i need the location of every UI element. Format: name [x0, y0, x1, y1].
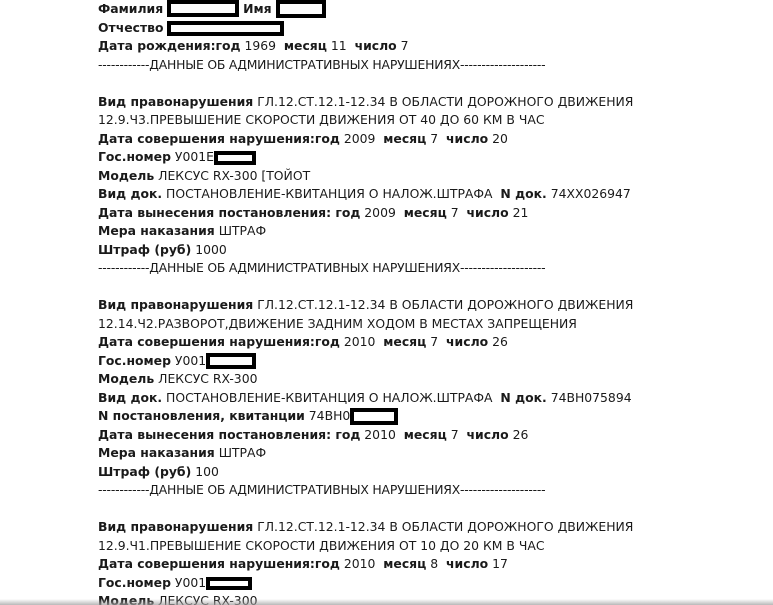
violation-month: 8 — [430, 556, 438, 571]
name-label: Имя — [243, 1, 271, 16]
model-label: Модель — [98, 168, 154, 183]
resolution-year: 2009 — [364, 205, 396, 220]
resolution-day: 26 — [513, 427, 529, 442]
resolution-month: 7 — [451, 427, 459, 442]
fine-value: 100 — [195, 464, 219, 479]
resolution-month-label: месяц — [404, 427, 447, 442]
violation-month-label: месяц — [383, 556, 426, 571]
resolution-year: 2010 — [364, 427, 396, 442]
plate-value: У001 — [175, 575, 206, 590]
penalty-label: Мера наказания — [98, 223, 215, 238]
birth-label: Дата рождения:год — [98, 38, 241, 53]
birth-day-label: число — [355, 38, 397, 53]
plate-label: Гос.номер — [98, 353, 171, 368]
plate-label: Гос.номер — [98, 149, 171, 164]
violation-day-label: число — [446, 334, 488, 349]
resolution-month: 7 — [451, 205, 459, 220]
section-separator: ------------ДАННЫЕ ОБ АДМИНИСТРАТИВНЫХ Н… — [98, 259, 758, 278]
resolution-no-value: 74BH0 — [309, 408, 350, 423]
resolution-day: 21 — [513, 205, 529, 220]
violation-year: 2010 — [344, 556, 376, 571]
patronymic-line: Отчество — [98, 19, 758, 38]
violation-record: Вид правонарушения ГЛ.12.СТ.12.1-12.34 В… — [98, 518, 758, 605]
penalty-label: Мера наказания — [98, 445, 215, 460]
violation-type-value: ГЛ.12.СТ.12.1-12.34 В ОБЛАСТИ ДОРОЖНОГО … — [257, 94, 633, 109]
doc-type-value: ПОСТАНОВЛЕНИЕ-КВИТАНЦИЯ О НАЛОЖ.ШТРАФА — [166, 390, 492, 405]
redacted-resolution-no — [350, 408, 398, 425]
violation-record: Вид правонарушения ГЛ.12.СТ.12.1-12.34 В… — [98, 296, 758, 481]
penalty-value: ШТРАФ — [219, 445, 266, 460]
violation-date-label: Дата совершения нарушения:год — [98, 131, 340, 146]
violation-type-value: ГЛ.12.СТ.12.1-12.34 В ОБЛАСТИ ДОРОЖНОГО … — [257, 519, 633, 534]
resolution-month-label: месяц — [404, 205, 447, 220]
resolution-day-label: число — [467, 205, 509, 220]
surname-name-line: Фамилия Имя — [98, 0, 758, 19]
redacted-plate — [214, 151, 256, 165]
redacted-plate — [206, 577, 252, 590]
model-value: ЛЕКСУС RX-300 — [158, 371, 257, 386]
surname-label: Фамилия — [98, 1, 163, 16]
violation-day-label: число — [446, 556, 488, 571]
violation-type-label: Вид правонарушения — [98, 94, 253, 109]
violation-type-label: Вид правонарушения — [98, 297, 253, 312]
birth-date-line: Дата рождения:год 1969 месяц 11 число 7 — [98, 37, 758, 56]
violation-month: 7 — [430, 334, 438, 349]
birth-year: 1969 — [244, 38, 276, 53]
plate-label: Гос.номер — [98, 575, 171, 590]
birth-day: 7 — [401, 38, 409, 53]
patronymic-label: Отчество — [98, 20, 164, 35]
violation-type-value: ГЛ.12.СТ.12.1-12.34 В ОБЛАСТИ ДОРОЖНОГО … — [257, 297, 633, 312]
violation-month-label: месяц — [383, 334, 426, 349]
violation-month: 7 — [430, 131, 438, 146]
doc-no-label: N док. — [500, 186, 546, 201]
doc-type-label: Вид док. — [98, 186, 162, 201]
penalty-value: ШТРАФ — [219, 223, 266, 238]
violation-record: Вид правонарушения ГЛ.12.СТ.12.1-12.34 В… — [98, 93, 758, 260]
plate-value: У001 — [175, 353, 206, 368]
violation-day: 20 — [492, 131, 508, 146]
doc-no-label: N док. — [500, 390, 546, 405]
doc-no-value: 74XX026947 — [551, 186, 631, 201]
redacted-patronymic — [167, 21, 284, 36]
violation-year: 2009 — [344, 131, 376, 146]
violation-year: 2010 — [344, 334, 376, 349]
model-value: ЛЕКСУС RX-300 [ТОЙОТ — [158, 168, 310, 183]
birth-month: 11 — [331, 38, 347, 53]
fine-label: Штраф (руб) — [98, 242, 191, 257]
doc-type-value: ПОСТАНОВЛЕНИЕ-КВИТАНЦИЯ О НАЛОЖ.ШТРАФА — [166, 186, 492, 201]
resolution-date-label: Дата вынесения постановления: год — [98, 427, 360, 442]
violation-type-detail: 12.9.Ч3.ПРЕВЫШЕНИЕ СКОРОСТИ ДВИЖЕНИЯ ОТ … — [98, 111, 758, 130]
violation-type-detail: 12.14.Ч2.РАЗВОРОТ,ДВИЖЕНИЕ ЗАДНИМ ХОДОМ … — [98, 315, 758, 334]
section-separator: ------------ДАННЫЕ ОБ АДМИНИСТРАТИВНЫХ Н… — [98, 56, 758, 75]
doc-type-label: Вид док. — [98, 390, 162, 405]
violation-date-label: Дата совершения нарушения:год — [98, 334, 340, 349]
fine-value: 1000 — [195, 242, 227, 257]
violation-type-label: Вид правонарушения — [98, 519, 253, 534]
section-separator: ------------ДАННЫЕ ОБ АДМИНИСТРАТИВНЫХ Н… — [98, 481, 758, 500]
violation-type-detail: 12.9.Ч1.ПРЕВЫШЕНИЕ СКОРОСТИ ДВИЖЕНИЯ ОТ … — [98, 537, 758, 556]
fine-label: Штраф (руб) — [98, 464, 191, 479]
doc-no-value: 74BH075894 — [551, 390, 632, 405]
model-label: Модель — [98, 371, 154, 386]
violation-day: 17 — [492, 556, 508, 571]
redacted-surname — [167, 0, 239, 17]
plate-value: У001Е — [175, 149, 214, 164]
violation-month-label: месяц — [383, 131, 426, 146]
birth-month-label: месяц — [284, 38, 327, 53]
resolution-no-label: N постановления, квитанции — [98, 408, 305, 423]
redacted-plate — [206, 353, 256, 369]
resolution-date-label: Дата вынесения постановления: год — [98, 205, 360, 220]
violation-day-label: число — [446, 131, 488, 146]
violation-date-label: Дата совершения нарушения:год — [98, 556, 340, 571]
redacted-name — [276, 0, 326, 18]
violation-day: 26 — [492, 334, 508, 349]
resolution-day-label: число — [467, 427, 509, 442]
bottom-edge-shadow — [0, 599, 773, 605]
violations-document: Фамилия Имя Отчество Дата рождения:год 1… — [98, 0, 758, 605]
